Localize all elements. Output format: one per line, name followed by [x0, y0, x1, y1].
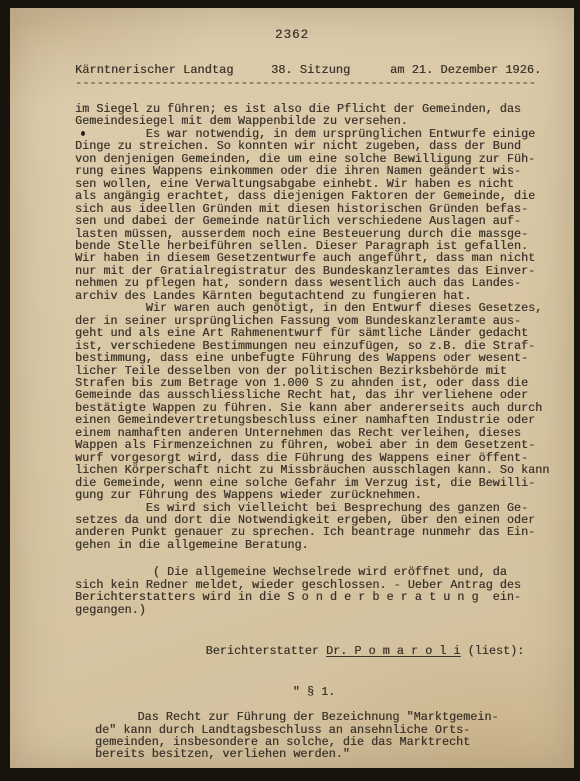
speaker-line: Berichterstatter Dr. P o m a r o l i (li…	[149, 630, 553, 672]
masthead-dashed-rule: ----------------------------------------…	[75, 77, 553, 89]
masthead-date: am 21. Dezember 1926.	[390, 63, 541, 77]
speaker-name: Dr. P o m a r o l i	[326, 644, 461, 658]
paragraph-allgemeine-beratung: Es wird sich vielleicht bei Besprechung …	[75, 502, 553, 552]
speaker-action: (liest):	[461, 644, 525, 658]
speaker-role-label: Berichterstatter	[206, 644, 326, 658]
quoted-law-text: Das Recht zur Führung der Bezeichnung "M…	[95, 711, 553, 761]
text-column: Kärntnerischer Landtag 38. Sitzung am 21…	[75, 63, 553, 761]
ink-blot-mark	[81, 131, 85, 136]
page-number: 2362	[10, 28, 574, 42]
body-text: im Siegel zu führen; es ist also die Pfl…	[75, 103, 553, 551]
paragraph-continuation: im Siegel zu führen; es ist also die Pfl…	[75, 103, 553, 128]
masthead-title: Kärntnerischer Landtag	[75, 63, 233, 77]
masthead-session: 38. Sitzung	[271, 63, 350, 77]
document-page: 2362 Kärntnerischer Landtag 38. Sitzung …	[10, 8, 574, 768]
masthead: Kärntnerischer Landtag 38. Sitzung am 21…	[75, 63, 553, 77]
scan-border-frame: 2362 Kärntnerischer Landtag 38. Sitzung …	[0, 0, 580, 781]
stage-note-wechselrede: ( Die allgemeine Wechselrede wird eröffn…	[75, 566, 553, 616]
section-heading-paragraph-1: " § 1.	[75, 685, 553, 699]
paragraph-neue-bestimmungen: Wir waren auch genötigt, in den Entwurf …	[75, 302, 553, 501]
paragraph-entwurf-streichungen: Es war notwendig, in dem ursprünglichen …	[75, 128, 553, 302]
